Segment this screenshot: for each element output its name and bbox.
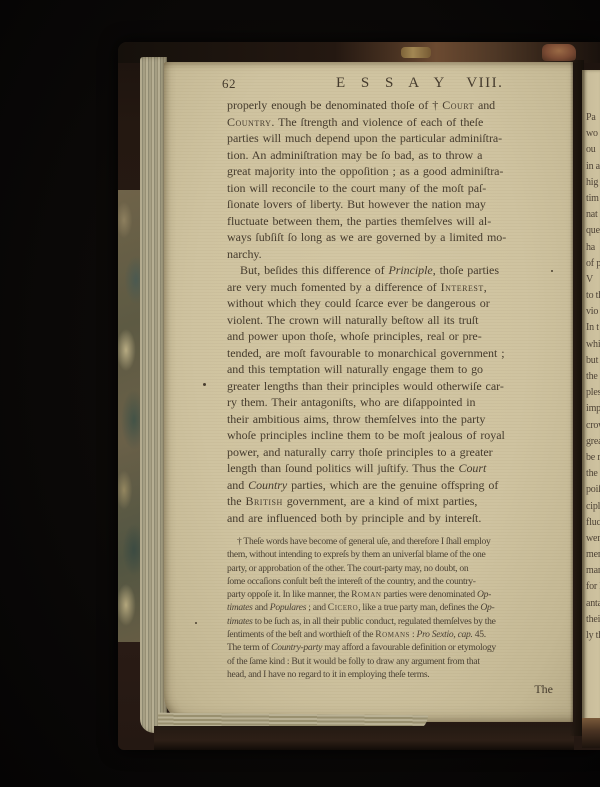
text-line: ry them. Their antagoniſts, who are diſa… [227, 395, 561, 412]
text-segment: party oppoſe it. In like manner, the [227, 589, 351, 600]
text-line: † Theſe words have become of general uſe… [227, 536, 561, 549]
text-line: fluctuate between them, the parties them… [227, 214, 561, 231]
text-segment: tended, are moſt favourable to monarchic… [227, 346, 504, 360]
facing-page-line-fragment: their [586, 614, 600, 630]
text-segment: ſome occaſions conſult beſt the intereſt… [227, 576, 476, 587]
text-segment: Country-party [271, 642, 322, 653]
text-line: power, and naturally carry thoſe princip… [227, 445, 561, 462]
facing-page-line-fragment: impl [586, 403, 600, 419]
headband-knot [542, 44, 576, 61]
facing-page-line-fragment: for li [586, 581, 600, 597]
book: 62 E S S A YVIII. properly enough be den… [118, 42, 600, 750]
facing-page-line-fragment: Pa [586, 112, 600, 128]
facing-page-line-fragment: of p [586, 258, 600, 274]
facing-page-line-fragment: man, [586, 565, 600, 581]
facing-page-line-fragment: the [586, 371, 600, 387]
text-line: without which they could ſcarce ever be … [227, 296, 561, 313]
essay-numeral: VIII. [466, 75, 503, 91]
text-segment: tion. An adminiſtration may be ſo bad, a… [227, 148, 482, 162]
text-segment: violent. The crown will naturally beſtow… [227, 313, 478, 327]
text-line: and this temptation will naturally engag… [227, 362, 561, 379]
running-header: 62 E S S A YVIII. [164, 75, 573, 95]
ink-speck [203, 383, 206, 386]
text-segment: and [474, 98, 495, 112]
text-segment: party, or approbation of the other. The … [227, 563, 468, 574]
text-segment: without which they could ſcarce ever be … [227, 296, 490, 310]
text-segment: their ambitious aims, throw themſelves i… [227, 412, 485, 426]
text-segment: tion will reconcile to the court many of… [227, 181, 486, 195]
facing-page-line-fragment: tim [586, 193, 600, 209]
text-segment: Op- [480, 602, 494, 613]
text-segment: ſionate lovers of liberty. But however t… [227, 197, 486, 211]
catchword: The [227, 682, 553, 697]
text-segment: Country [227, 115, 271, 129]
facing-page-line-fragment: ha [586, 242, 600, 258]
text-segment: and [227, 478, 248, 492]
text-segment: ry them. Their antagoniſts, who are diſa… [227, 395, 476, 409]
facing-page-line-fragment: fluct [586, 517, 600, 533]
text-segment: narchy. [227, 247, 262, 261]
text-segment: Romans [375, 629, 410, 640]
facing-page-line-fragment: great [586, 436, 600, 452]
text-line: timates and Populares ; and Cicero, like… [227, 602, 561, 615]
text-segment: ways ſubſiſt ſo long as we are governed … [227, 230, 506, 244]
text-segment: Principle [388, 263, 432, 277]
text-segment: and this temptation will naturally engag… [227, 362, 483, 376]
text-segment: But, beſides this difference of [240, 263, 388, 277]
text-segment: Populares [270, 602, 306, 613]
text-segment: parties were denominated [381, 589, 477, 600]
text-line: timates to be ſuch as, in all their publ… [227, 616, 561, 629]
text-segment: British [245, 494, 282, 508]
text-line: But, beſides this difference of Principl… [227, 263, 561, 280]
text-line: greater lengths than their principles wo… [227, 379, 561, 396]
text-segment: , like a true party man, defines the [358, 602, 480, 613]
text-segment: great majority into the oppoſition ; as … [227, 164, 503, 178]
text-line: properly enough be denominated thoſe of … [227, 98, 561, 115]
text-line: party, or approbation of the other. The … [227, 563, 561, 576]
text-segment: length than ſound politics will juſtify.… [227, 461, 459, 475]
text-segment: , [484, 280, 487, 294]
text-segment: head, and I have no regard to it in empl… [227, 669, 429, 680]
bottom-marbled-edge [268, 728, 433, 746]
text-line: violent. The crown will naturally beſtow… [227, 313, 561, 330]
facing-page-line-fragment: be re [586, 452, 600, 468]
facing-page-line-fragment: In t [586, 322, 600, 338]
facing-page-line-fragment: the n [586, 468, 600, 484]
text-line: great majority into the oppoſition ; as … [227, 164, 561, 181]
text-segment: † Theſe words have become of general uſe… [237, 536, 490, 547]
facing-page-line-fragment: antag [586, 598, 600, 614]
text-segment: are very much fomented by a difference o… [227, 280, 441, 294]
text-segment: , thoſe parties [433, 263, 499, 277]
text-line: head, and I have no regard to it in empl… [227, 669, 561, 682]
text-segment: the [227, 494, 245, 508]
facing-page-line-fragment: men, [586, 549, 600, 565]
facing-page-line-fragment: V [586, 274, 600, 290]
text-segment: Pro Sextio [417, 629, 454, 640]
page-title: E S S A YVIII. [336, 75, 503, 92]
facing-page-line-fragment: vio [586, 306, 600, 322]
text-segment: Interest [441, 280, 484, 294]
ink-speck [551, 270, 553, 272]
text-segment: Roman [351, 589, 381, 600]
text-segment: greater lengths than their principles wo… [227, 379, 504, 393]
text-segment: and are influenced both by principle and… [227, 511, 481, 525]
text-line: and Country parties, which are the genui… [227, 478, 561, 495]
facing-page-line-fragment: crow [586, 420, 600, 436]
text-segment: parties will much depend upon the partic… [227, 131, 502, 145]
page-number: 62 [222, 76, 236, 92]
text-line: of the ſame kind : But it would be folly… [227, 656, 561, 669]
facing-board-corner [582, 718, 600, 748]
facing-page-line-fragment: ples [586, 387, 600, 403]
text-segment: Cicero [328, 602, 358, 613]
text-line: party oppoſe it. In like manner, the Rom… [227, 589, 561, 602]
text-line: tended, are moſt favourable to monarchic… [227, 346, 561, 363]
footnote: † Theſe words have become of general uſe… [227, 536, 561, 682]
text-line: narchy. [227, 247, 561, 264]
text-segment: power, and naturally carry thoſe princip… [227, 445, 493, 459]
text-line: the British government, are a kind of mi… [227, 494, 561, 511]
facing-page-line-fragment: que [586, 225, 600, 241]
text-segment: cap. [458, 629, 473, 640]
paragraph-1: properly enough be denominated thoſe of … [227, 98, 561, 263]
text-line: ſentiments of the beſt and worthieſt of … [227, 629, 561, 642]
text-segment: 45. [473, 629, 486, 640]
facing-page-line-fragment: wo [586, 128, 600, 144]
text-segment: government, are a kind of mixt parties, [283, 494, 478, 508]
text-line: their ambitious aims, throw themſelves i… [227, 412, 561, 429]
facing-page-text-fragments: Pawoouin ahigtimnatquehaof pVto thvioIn … [586, 112, 600, 646]
text-line: tion will reconcile to the court many of… [227, 181, 561, 198]
text-line: whoſe principles incline them to be moſt… [227, 428, 561, 445]
book-page: 62 E S S A YVIII. properly enough be den… [164, 62, 573, 722]
text-segment: The term of [227, 642, 271, 653]
text-line: The term of Country-party may afford a f… [227, 642, 561, 655]
facing-page-line-fragment: ciple [586, 501, 600, 517]
text-line: Country. The ſtrength and violence of ea… [227, 115, 561, 132]
headcap-gilt-detail [401, 47, 431, 58]
text-line: are very much fomented by a difference o… [227, 280, 561, 297]
facing-page-sliver: Pawoouin ahigtimnatquehaof pVto thvioIn … [582, 70, 600, 748]
text-segment: timates [227, 616, 253, 627]
text-segment: to be ſuch as, in all their public condu… [253, 616, 496, 627]
facing-page-line-fragment: were [586, 533, 600, 549]
facing-page-line-fragment: poiſe [586, 484, 600, 500]
text-segment: . The ſtrength and violence of each of t… [271, 115, 483, 129]
book-top-leather-edge [118, 42, 600, 63]
text-line: parties will much depend upon the partic… [227, 131, 561, 148]
text-segment: and [253, 602, 270, 613]
facing-page-line-fragment: whi [586, 339, 600, 355]
paragraph-2: But, beſides this difference of Principl… [227, 263, 561, 527]
text-line: length than ſound politics will juſtify.… [227, 461, 561, 478]
text-segment: of the ſame kind : But it would be folly… [227, 656, 480, 667]
text-line: ſionate lovers of liberty. But however t… [227, 197, 561, 214]
text-segment: fluctuate between them, the parties them… [227, 214, 491, 228]
facing-page-line-fragment: nat [586, 209, 600, 225]
text-line: and are influenced both by principle and… [227, 511, 561, 528]
text-segment: Country [248, 478, 287, 492]
facing-page-line-fragment: in a [586, 161, 600, 177]
text-line: ſome occaſions conſult beſt the intereſt… [227, 576, 561, 589]
fanned-page-edges-left [140, 57, 167, 733]
text-line: and power upon thoſe, whoſe principles, … [227, 329, 561, 346]
text-line: ways ſubſiſt ſo long as we are governed … [227, 230, 561, 247]
text-segment: and power upon thoſe, whoſe principles, … [227, 329, 482, 343]
text-segment: may afford a favourable definition or et… [322, 642, 496, 653]
text-segment: them, without intending to expreſs by th… [227, 549, 485, 560]
text-segment: ſentiments of the beſt and worthieſt of … [227, 629, 375, 640]
text-segment: Op- [477, 589, 491, 600]
essay-word: E S S A Y [336, 75, 450, 91]
text-line: them, without intending to expreſs by th… [227, 549, 561, 562]
ink-speck [195, 622, 197, 624]
text-segment: Court [459, 461, 487, 475]
facing-page-line-fragment: hig [586, 177, 600, 193]
scanned-book-photo: 62 E S S A YVIII. properly enough be den… [0, 0, 600, 787]
text-segment: parties, which are the genuine offspring… [287, 478, 498, 492]
facing-page-line-fragment: but [586, 355, 600, 371]
text-segment: ; and [306, 602, 328, 613]
text-segment: whoſe principles incline them to be moſt… [227, 428, 505, 442]
facing-page-line-fragment: to th [586, 290, 600, 306]
text-segment: timates [227, 602, 253, 613]
text-segment: properly enough be denominated thoſe of … [227, 98, 442, 112]
text-line: tion. An adminiſtration may be ſo bad, a… [227, 148, 561, 165]
facing-page-line-fragment: ly the [586, 630, 600, 646]
facing-page-line-fragment: ou [586, 144, 600, 160]
text-segment: Court [442, 98, 474, 112]
